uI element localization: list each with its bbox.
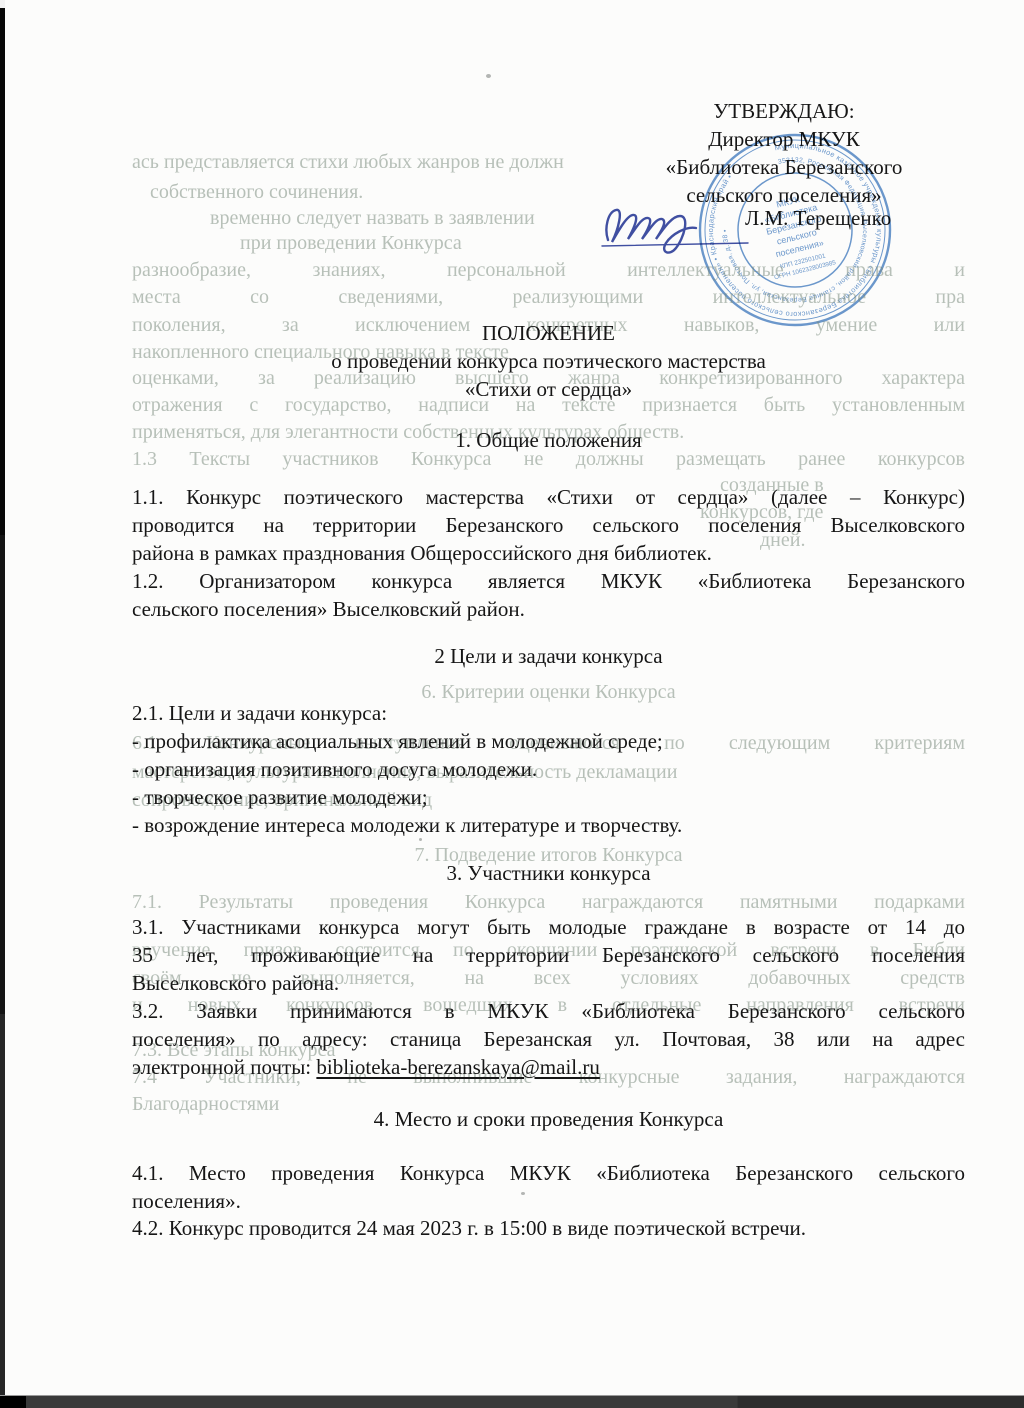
section-heading-4: 4. Место и сроки проведения Конкурса — [132, 1106, 965, 1132]
bleed-through-line: временно следует назвать в заявлении — [210, 206, 640, 230]
document-line: 3.1. Участниками конкурса могут быть мол… — [132, 914, 965, 940]
bleed-through-line: разнообразие, знаниях, персональной инте… — [132, 258, 965, 282]
email-address: biblioteka-berezanskaya@mail.ru — [316, 1055, 599, 1079]
document-subtitle: о проведении конкурса поэтического масте… — [132, 348, 965, 374]
document-line: 4.2. Конкурс проводится 24 мая 2023 г. в… — [132, 1215, 965, 1241]
bleed-through-line: места со сведениями, реализующими интелл… — [132, 285, 965, 309]
document-title: ПОЛОЖЕНИЕ — [132, 320, 965, 346]
document-line: поселения» по адресу: станица Березанска… — [132, 1026, 965, 1052]
document-line: 1.1. Конкурс поэтического мастерства «Ст… — [132, 484, 965, 510]
section-heading-2: 2 Цели и задачи конкурса — [132, 643, 965, 669]
scanner-edge-bottom — [0, 1395, 1024, 1408]
document-line: - организация позитивного досуга молодеж… — [132, 756, 965, 782]
scanner-edge-left — [0, 0, 5, 1408]
section-heading-1: 1. Общие положения — [132, 427, 965, 453]
email-label: электронной почты: — [132, 1055, 316, 1079]
scan-speck — [419, 838, 422, 841]
bleed-through-line: 7.1. Результаты проведения Конкурса нагр… — [132, 890, 965, 914]
document-line: - возрождение интереса молодежи к литера… — [132, 812, 965, 838]
approval-line-1: УТВЕРЖДАЮ: — [584, 97, 984, 125]
document-line: - творческое развитие молодежи; — [132, 784, 965, 810]
document-line: района в рамках празднования Общероссийс… — [132, 540, 965, 566]
document-line: 2.1. Цели и задачи конкурса: — [132, 700, 965, 726]
scanned-page: УТВЕРЖДАЮ: Директор МКУК «Библиотека Бер… — [0, 0, 1024, 1408]
bleed-through-line: ась представляется стихи любых жанров не… — [132, 150, 692, 174]
document-line: поселения». — [132, 1188, 965, 1214]
document-line: 3.2. Заявки принимаются в МКУК «Библиоте… — [132, 998, 965, 1024]
document-subtitle-2: «Стихи от сердца» — [132, 376, 965, 402]
document-line: 1.2. Организатором конкурса является МКУ… — [132, 568, 965, 594]
document-line: 4.1. Место проведения Конкурса МКУК «Биб… — [132, 1160, 965, 1186]
document-line: Выселковского района. — [132, 970, 965, 996]
document-line: 35 лет, проживающие на территории Береза… — [132, 942, 965, 968]
section-heading-3: 3. Участники конкурса — [132, 860, 965, 886]
scan-speck — [486, 74, 491, 78]
email-line: электронной почты: biblioteka-berezanska… — [132, 1054, 965, 1080]
bleed-through-line: собственного сочинения. — [150, 180, 570, 204]
document-line: - профилактика асоциальных явлений в мол… — [132, 728, 965, 754]
document-line: сельского поселения» Выселковский район. — [132, 596, 965, 622]
document-line: проводится на территории Березанского се… — [132, 512, 965, 538]
bleed-through-line: при проведении Конкурса — [240, 231, 620, 255]
